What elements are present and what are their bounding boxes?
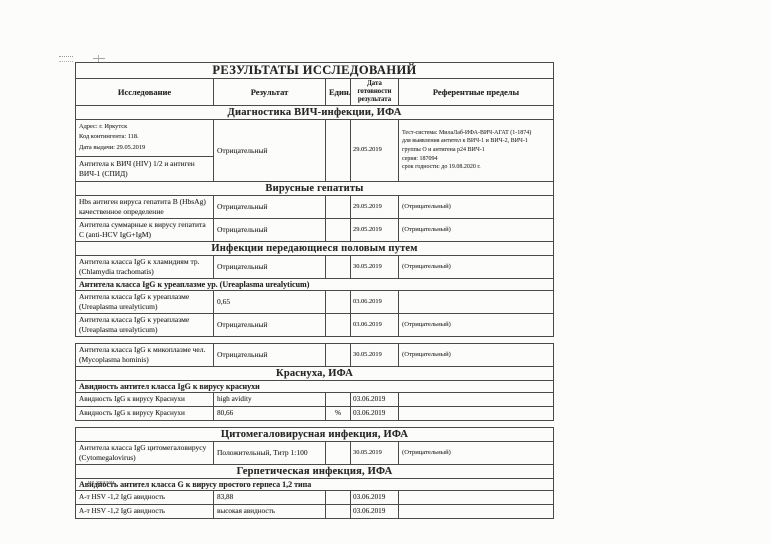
reference-line: серия: 187094 — [402, 155, 550, 164]
results-table-block-3: Цитомегаловирусная инфекция, ИФА Антител… — [75, 427, 554, 519]
subsection-row-herpes-avidity: Авидность антител класса G к вирусу прос… — [76, 478, 554, 490]
result-cell: Отрицательный — [214, 313, 326, 336]
subsection-row-rubella-avidity: Авидность антител класса IgG к вирусу кр… — [76, 380, 554, 392]
subsection-title: Авидность антител класса G к вирусу прос… — [76, 478, 554, 490]
subsection-row-ureaplasma: Антитела класса IgG к уреаплазме ур. (Ur… — [76, 278, 554, 290]
results-table-block-1: РЕЗУЛЬТАТЫ ИССЛЕДОВАНИЙ Исследование Рез… — [75, 62, 554, 337]
col-header-date: Дата готовности результата — [351, 79, 399, 106]
unit-cell — [326, 490, 351, 504]
unit-cell — [326, 343, 351, 366]
table-row: Авидность IgG к вирусу Краснухи high avi… — [76, 392, 554, 406]
smudge-mark — [98, 55, 99, 62]
section-row-herpes: Герпетическая инфекция, ИФА — [76, 464, 554, 478]
reference-cell: (Отрицательный) — [399, 218, 554, 241]
date-cell: 03.06.2019 — [351, 313, 399, 336]
date-cell: 30.05.2019 — [351, 255, 399, 278]
col-header-result: Результат — [214, 79, 326, 106]
study-cell: А-т HSV -1,2 IgG авидность — [76, 504, 214, 518]
unit-cell — [326, 120, 351, 182]
study-cell: Адрес: г. Иркутск Код контингента: 118. … — [76, 120, 214, 182]
section-row-hepatitis: Вирусные гепатиты — [76, 181, 554, 195]
reference-cell: (Отрицательный) — [399, 441, 554, 464]
result-cell: 83,88 — [214, 490, 326, 504]
reference-cell: (Отрицательный) — [399, 343, 554, 366]
lab-report-document: РЕЗУЛЬТАТЫ ИССЛЕДОВАНИЙ Исследование Рез… — [75, 62, 553, 525]
result-cell: Отрицательный — [214, 343, 326, 366]
unit-cell: % — [326, 406, 351, 420]
table-header-row: Исследование Результат Един. Дата готовн… — [76, 79, 554, 106]
smudge-mark — [59, 56, 73, 62]
issue-date: Дата выдачи: 29.05.2019 — [79, 143, 210, 153]
smudge-mark — [93, 58, 105, 59]
table-row: Антитела класса IgG к уреаплазме (Ureapl… — [76, 290, 554, 313]
table-row: Антитела суммарные к вирусу гепатита C (… — [76, 218, 554, 241]
unit-cell — [326, 392, 351, 406]
unit-cell — [326, 313, 351, 336]
date-cell: 03.06.2019 — [351, 504, 399, 518]
result-cell: high avidity — [214, 392, 326, 406]
reference-line: группы О и антигена р24 ВИЧ-1 — [402, 146, 550, 155]
reference-cell — [399, 406, 554, 420]
section-title: Цитомегаловирусная инфекция, ИФА — [76, 427, 554, 441]
date-cell: 03.06.2019 — [351, 290, 399, 313]
section-title: Вирусные гепатиты — [76, 181, 554, 195]
study-cell: Авидность IgG к вирусу Краснухи — [76, 392, 214, 406]
study-cell: Hbs антиген вируса гепатита В (HbsAg) ка… — [76, 195, 214, 218]
patient-code: Код контингента: 118. — [79, 132, 210, 142]
patient-info: Адрес: г. Иркутск Код контингента: 118. … — [76, 120, 213, 157]
section-row-rubella: Краснуха, ИФА — [76, 366, 554, 380]
reference-line: Тест-система: МилаЛаб-ИФА-ВИЧ-АГАТ (1-18… — [402, 129, 550, 138]
subsection-title: Авидность антител класса IgG к вирусу кр… — [76, 380, 554, 392]
unit-cell — [326, 255, 351, 278]
study-cell: Антитела класса IgG цитомегаловирусу (Cy… — [76, 441, 214, 464]
study-cell: Авидность IgG к вирусу Краснухи — [76, 406, 214, 420]
table-row: Адрес: г. Иркутск Код контингента: 118. … — [76, 120, 554, 182]
date-cell: 03.06.2019 — [351, 406, 399, 420]
section-title: Диагностика ВИЧ-инфекции, ИФА — [76, 106, 554, 120]
reference-cell — [399, 490, 554, 504]
result-cell: Положительный, Титр 1:100 — [214, 441, 326, 464]
section-row-sti: Инфекции передающиеся половым путем — [76, 241, 554, 255]
date-cell: 03.06.2019 — [351, 490, 399, 504]
results-table-block-2: Антитела класса IgG к микоплазме чел. (M… — [75, 343, 554, 421]
result-cell: 0,65 — [214, 290, 326, 313]
table-row: А-т HSV -1,2 IgG авидность высокая авидн… — [76, 504, 554, 518]
date-cell: 29.05.2019 — [351, 120, 399, 182]
col-header-reference: Референтные пределы — [399, 79, 554, 106]
table-row: Hbs антиген вируса гепатита В (HbsAg) ка… — [76, 195, 554, 218]
reference-cell: Тест-система: МилаЛаб-ИФА-ВИЧ-АГАТ (1-18… — [399, 120, 554, 182]
table-row: Антитела класса IgG к хламидиям тр. (Chl… — [76, 255, 554, 278]
footnote: не указан — [88, 479, 115, 486]
table-row: Антитела класса IgG к микоплазме чел. (M… — [76, 343, 554, 366]
reference-cell: (Отрицательный) — [399, 313, 554, 336]
subsection-title: Антитела класса IgG к уреаплазме ур. (Ur… — [76, 278, 554, 290]
unit-cell — [326, 195, 351, 218]
section-row-cmv: Цитомегаловирусная инфекция, ИФА — [76, 427, 554, 441]
col-header-study: Исследование — [76, 79, 214, 106]
unit-cell — [326, 441, 351, 464]
result-cell: Отрицательный — [214, 195, 326, 218]
table-row: Антитела класса IgG цитомегаловирусу (Cy… — [76, 441, 554, 464]
study-cell: Антитела класса IgG к хламидиям тр. (Chl… — [76, 255, 214, 278]
table-row: А-т HSV -1,2 IgG авидность 83,88 03.06.2… — [76, 490, 554, 504]
study-cell: Антитела суммарные к вирусу гепатита C (… — [76, 218, 214, 241]
section-title: Краснуха, ИФА — [76, 366, 554, 380]
study-cell: Антитела класса IgG к уреаплазме (Ureapl… — [76, 313, 214, 336]
unit-cell — [326, 504, 351, 518]
study-name: Антитела к ВИЧ (HIV) 1/2 и антиген ВИЧ-1… — [76, 157, 213, 181]
table-row: Авидность IgG к вирусу Краснухи 80,66 % … — [76, 406, 554, 420]
date-cell: 29.05.2019 — [351, 195, 399, 218]
patient-address: Адрес: г. Иркутск — [79, 122, 210, 132]
unit-cell — [326, 290, 351, 313]
col-header-unit: Един. — [326, 79, 351, 106]
result-cell: 80,66 — [214, 406, 326, 420]
reference-cell: (Отрицательный) — [399, 195, 554, 218]
unit-cell — [326, 218, 351, 241]
result-cell: Отрицательный — [214, 218, 326, 241]
result-cell: Отрицательный — [214, 120, 326, 182]
study-cell: Антитела класса IgG к уреаплазме (Ureapl… — [76, 290, 214, 313]
table-row: Антитела класса IgG к уреаплазме (Ureapl… — [76, 313, 554, 336]
date-cell: 30.05.2019 — [351, 441, 399, 464]
section-title: Герпетическая инфекция, ИФА — [76, 464, 554, 478]
reference-cell: (Отрицательный) — [399, 255, 554, 278]
result-cell: Отрицательный — [214, 255, 326, 278]
result-cell: высокая авидность — [214, 504, 326, 518]
reference-line: для выявления антител к ВИЧ-1 и ВИЧ-2, В… — [402, 137, 550, 146]
reference-cell — [399, 290, 554, 313]
section-title: Инфекции передающиеся половым путем — [76, 241, 554, 255]
reference-line: срок годности: до 19.08.2020 г. — [402, 163, 550, 172]
page-title: РЕЗУЛЬТАТЫ ИССЛЕДОВАНИЙ — [76, 63, 554, 79]
section-row-hiv: Диагностика ВИЧ-инфекции, ИФА — [76, 106, 554, 120]
study-cell: А-т HSV -1,2 IgG авидность — [76, 490, 214, 504]
study-cell: Антитела класса IgG к микоплазме чел. (M… — [76, 343, 214, 366]
reference-cell — [399, 504, 554, 518]
reference-cell — [399, 392, 554, 406]
date-cell: 29.05.2019 — [351, 218, 399, 241]
date-cell: 03.06.2019 — [351, 392, 399, 406]
date-cell: 30.05.2019 — [351, 343, 399, 366]
